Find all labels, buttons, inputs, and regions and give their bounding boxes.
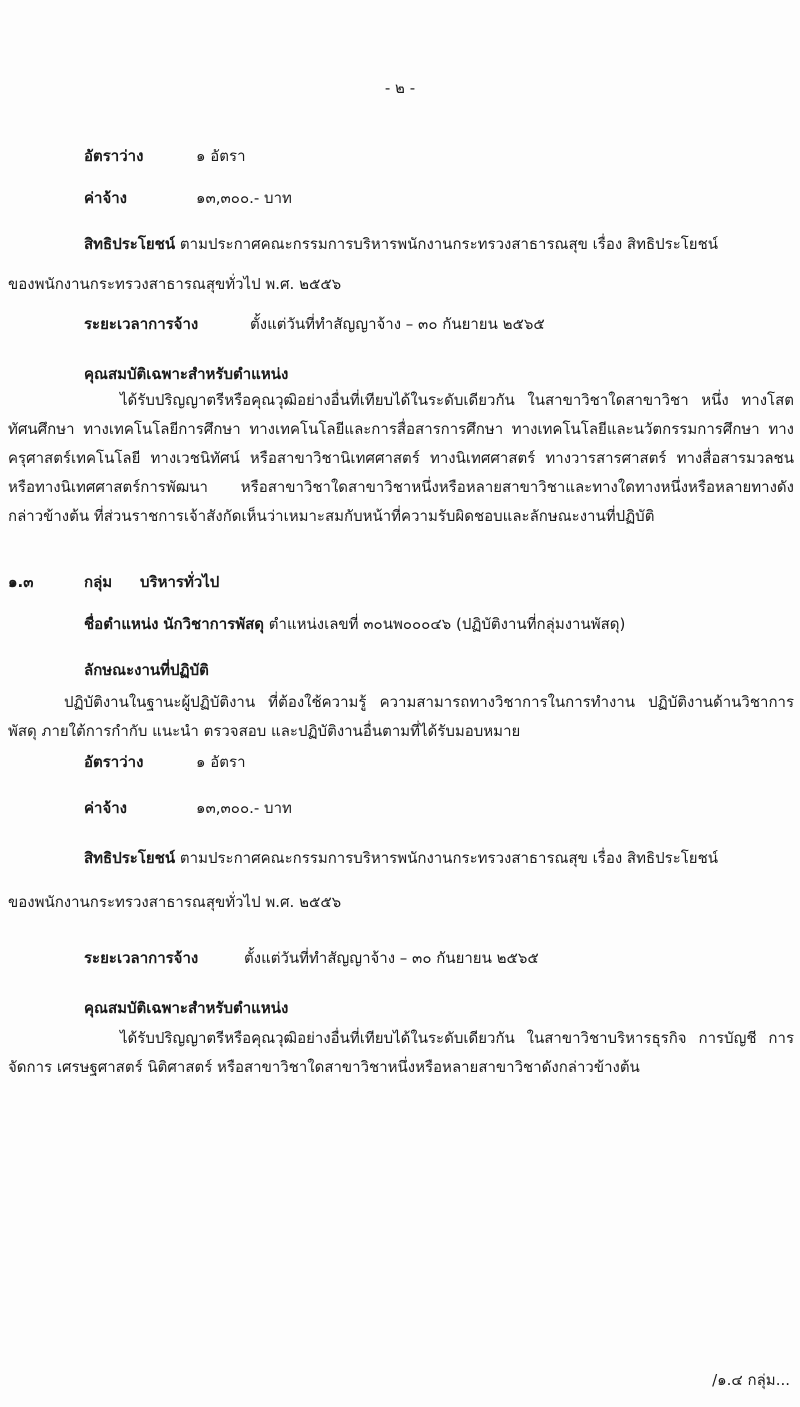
period-label-13: ระยะเวลาการจ้าง bbox=[84, 948, 198, 968]
benefits-line-1-13: สิทธิประโยชน์ ตามประกาศคณะกรรมการบริหารพ… bbox=[84, 848, 718, 868]
section-number: ๑.๓ bbox=[8, 572, 33, 592]
benefits-line-2: ของพนักงานกระทรวงสาธารณสุขทั่วไป พ.ศ. ๒๕… bbox=[8, 274, 341, 294]
qualification-text-13: ได้รับปริญญาตรีหรือคุณวุฒิอย่างอื่นที่เท… bbox=[8, 1024, 794, 1082]
position-label: ชื่อตำแหน่ง bbox=[84, 615, 159, 633]
duties-heading: ลักษณะงานที่ปฏิบัติ bbox=[84, 660, 209, 680]
wage-value-13: ๑๓,๓๐๐.- บาท bbox=[196, 798, 292, 818]
page-number: - ๒ - bbox=[0, 76, 800, 100]
qualification-text: ได้รับปริญญาตรีหรือคุณวุฒิอย่างอื่นที่เท… bbox=[8, 386, 794, 531]
period-value: ตั้งแต่วันที่ทำสัญญาจ้าง – ๓๐ กันยายน ๒๕… bbox=[250, 314, 545, 334]
vacancy-value: ๑ อัตรา bbox=[196, 146, 246, 166]
benefits-text-13: ตามประกาศคณะกรรมการบริหารพนักงานกระทรวงส… bbox=[180, 849, 718, 867]
vacancy-label-13: อัตราว่าง bbox=[84, 752, 143, 772]
benefits-line-2-13: ของพนักงานกระทรวงสาธารณสุขทั่วไป พ.ศ. ๒๕… bbox=[8, 892, 341, 912]
position-detail: ตำแหน่งเลขที่ ๓๐นพ๐๐๐๔๖ (ปฏิบัติงานที่กล… bbox=[269, 615, 626, 633]
qualification-heading-13: คุณสมบัติเฉพาะสำหรับตำแหน่ง bbox=[84, 998, 288, 1018]
qualification-heading: คุณสมบัติเฉพาะสำหรับตำแหน่ง bbox=[84, 364, 288, 384]
wage-label-13: ค่าจ้าง bbox=[84, 798, 127, 818]
position-line: ชื่อตำแหน่ง นักวิชาการพัสดุ ตำแหน่งเลขที… bbox=[84, 614, 625, 634]
continuation-marker: /๑.๔ กลุ่ม... bbox=[712, 1368, 790, 1392]
document-page: - ๒ - อัตราว่าง ๑ อัตรา ค่าจ้าง ๑๓,๓๐๐.-… bbox=[0, 0, 800, 1407]
period-label: ระยะเวลาการจ้าง bbox=[84, 314, 198, 334]
wage-value: ๑๓,๓๐๐.- บาท bbox=[196, 188, 292, 208]
group-label: กลุ่ม bbox=[84, 572, 112, 592]
benefits-label: สิทธิประโยชน์ bbox=[84, 235, 175, 253]
benefits-line-1: สิทธิประโยชน์ ตามประกาศคณะกรรมการบริหารพ… bbox=[84, 234, 718, 254]
group-name: บริหารทั่วไป bbox=[140, 572, 219, 592]
period-value-13: ตั้งแต่วันที่ทำสัญญาจ้าง – ๓๐ กันยายน ๒๕… bbox=[244, 948, 539, 968]
vacancy-value-13: ๑ อัตรา bbox=[196, 752, 246, 772]
benefits-text: ตามประกาศคณะกรรมการบริหารพนักงานกระทรวงส… bbox=[180, 235, 718, 253]
duties-text: ปฏิบัติงานในฐานะผู้ปฏิบัติงาน ที่ต้องใช้… bbox=[8, 688, 794, 746]
benefits-label-13: สิทธิประโยชน์ bbox=[84, 849, 175, 867]
vacancy-label: อัตราว่าง bbox=[84, 146, 143, 166]
wage-label: ค่าจ้าง bbox=[84, 188, 127, 208]
position-name: นักวิชาการพัสดุ bbox=[163, 615, 264, 633]
